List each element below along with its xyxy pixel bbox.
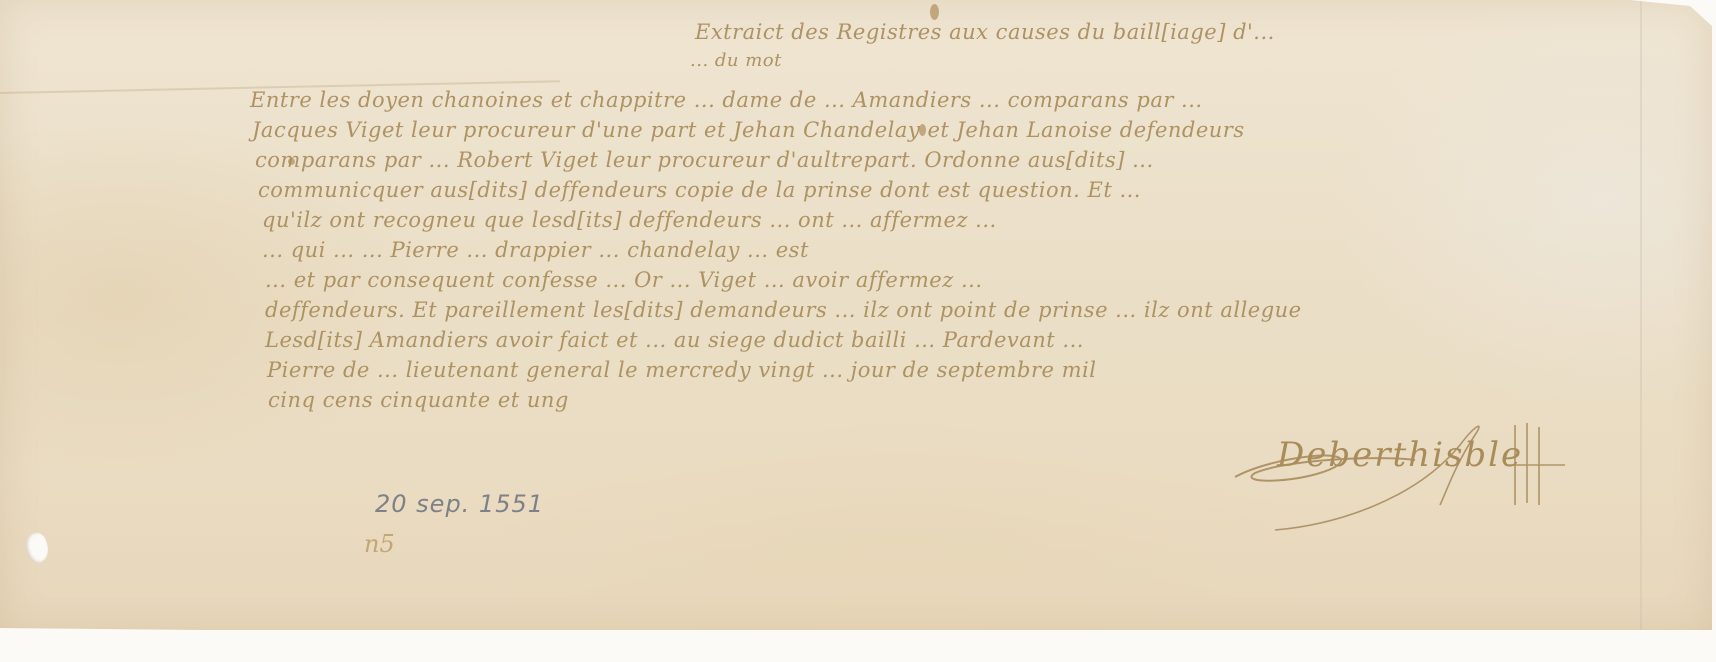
body-line-2: Jacques Viget leur procureur d'une part … (252, 118, 1245, 142)
body-line-9: Lesd[its] Amandiers avoir faict et ... a… (265, 328, 1084, 352)
body-line-11: cinq cens cinquante et ung (268, 388, 569, 412)
scan-background (0, 630, 1716, 662)
body-line-10: Pierre de ... lieutenant general le merc… (267, 358, 1096, 382)
archive-number: n5 (364, 530, 395, 558)
body-line-7: ... et par consequent confesse ... Or ..… (265, 268, 983, 292)
parchment-hole (22, 530, 52, 565)
body-line-5: qu'ilz ont recogneu que lesd[its] deffen… (262, 208, 997, 232)
body-line-3: comparans par ... Robert Viget leur proc… (255, 148, 1154, 172)
heading-line-2: ... du mot (690, 50, 782, 71)
heading-line-1: Extraict des Registres aux causes du bai… (695, 20, 1275, 44)
ink-blot (930, 4, 939, 20)
signature-text: Deberthisble (1277, 435, 1523, 475)
crease-right (1640, 0, 1642, 630)
pencil-date-annotation: 20 sep. 1551 (375, 490, 544, 518)
body-line-1: Entre les doyen chanoines et chappitre .… (250, 88, 1203, 112)
body-line-8: deffendeurs. Et pareillement les[dits] d… (265, 298, 1302, 322)
body-line-6: ... qui ... ... Pierre ... drappier ... … (262, 238, 809, 262)
body-line-4: communicquer aus[dits] deffendeurs copie… (258, 178, 1141, 202)
signature: Deberthisble (1215, 405, 1595, 540)
